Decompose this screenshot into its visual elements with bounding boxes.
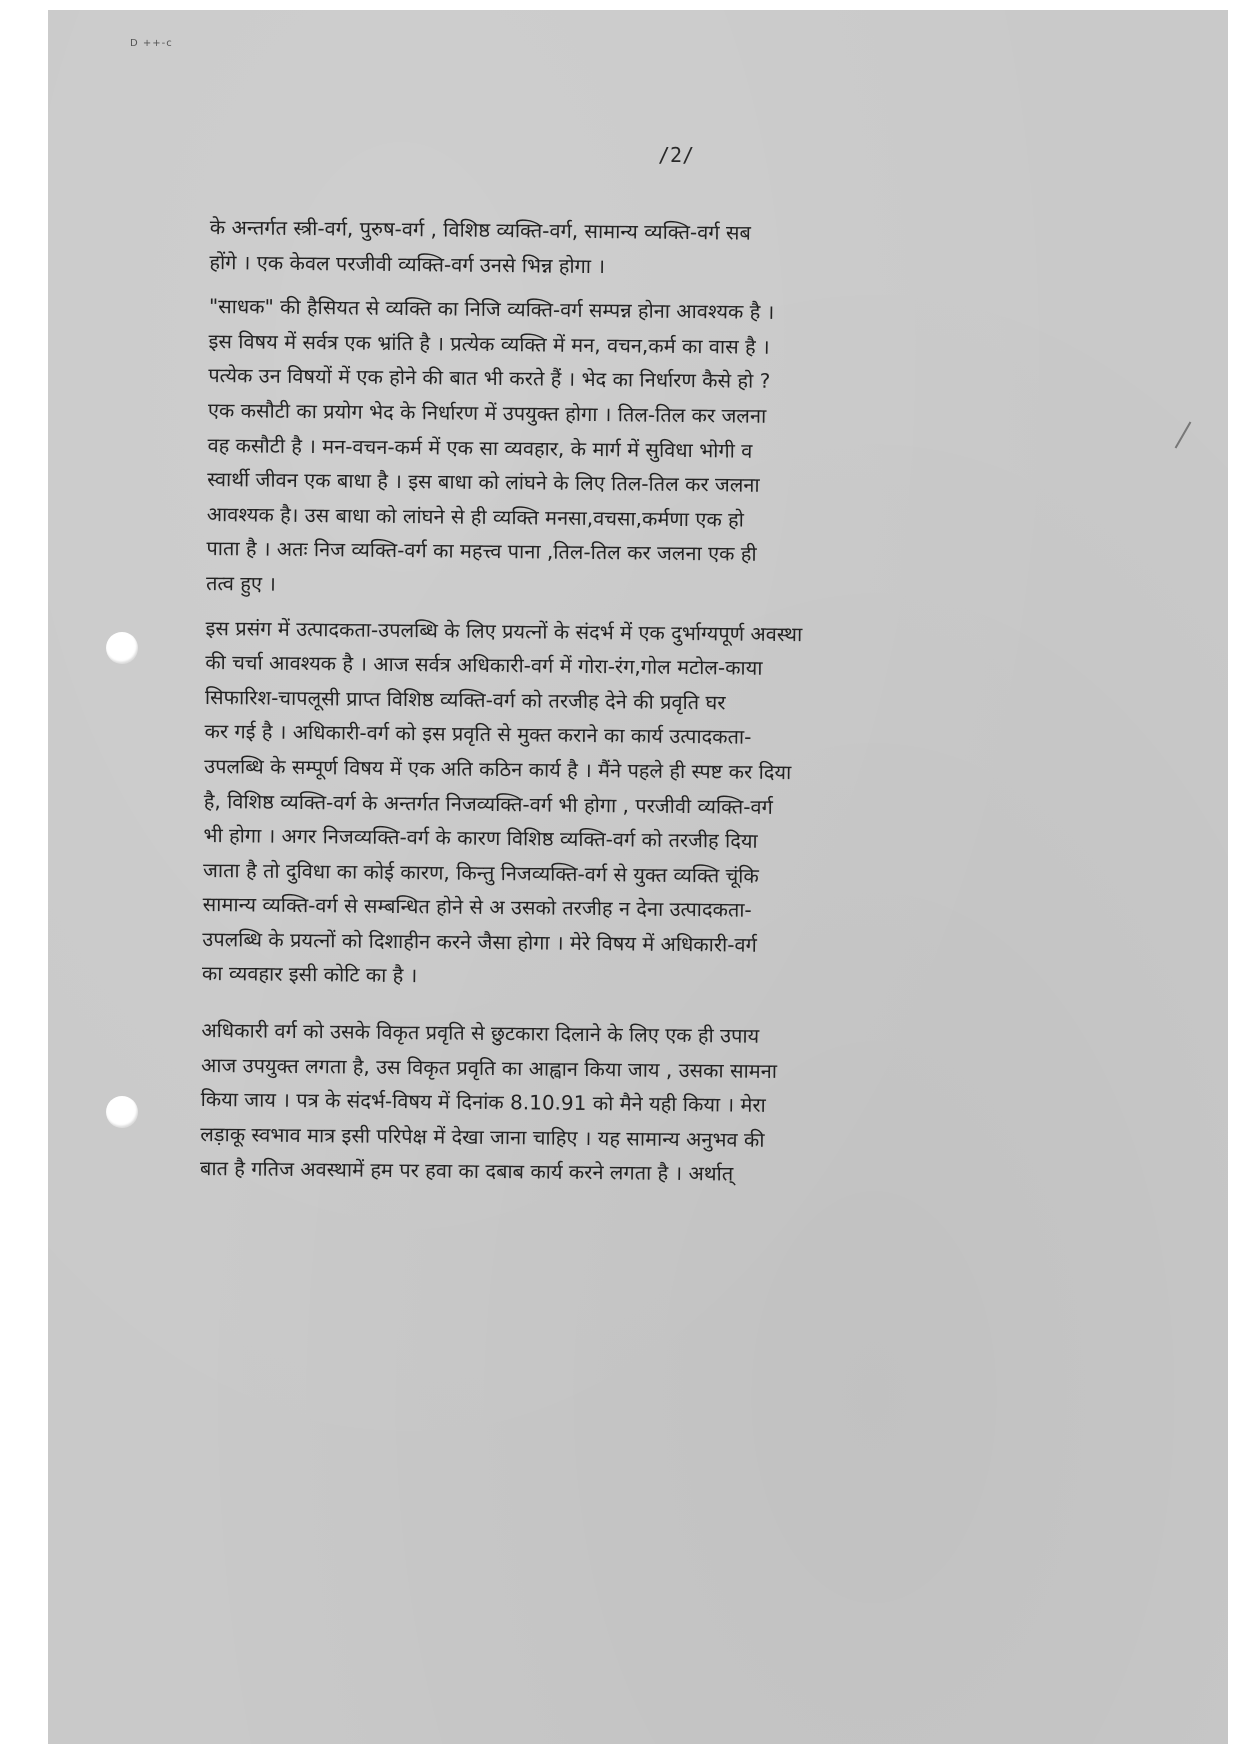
paragraph-3: इस प्रसंग में उत्पादकता-उपलब्धि के लिए प… [202, 611, 1056, 1000]
paragraph-4: अधिकारी वर्ग को उसके विकृत प्रवृति से छु… [200, 1013, 1052, 1195]
paragraph-2: "साधक" की हैसियत से व्यक्ति का निजि व्यक… [206, 289, 1059, 609]
corner-mark: D ++-c [130, 38, 173, 49]
page-number: /2/ [658, 143, 694, 167]
paragraph-1: के अन्तर्गत स्त्री-वर्ग, पुरुष-वर्ग , वि… [209, 210, 1060, 288]
punch-hole-bottom [106, 1096, 138, 1128]
document-body: के अन्तर्गत स्त्री-वर्ग, पुरुष-वर्ग , वि… [200, 210, 1060, 1195]
punch-hole-top [106, 632, 138, 664]
